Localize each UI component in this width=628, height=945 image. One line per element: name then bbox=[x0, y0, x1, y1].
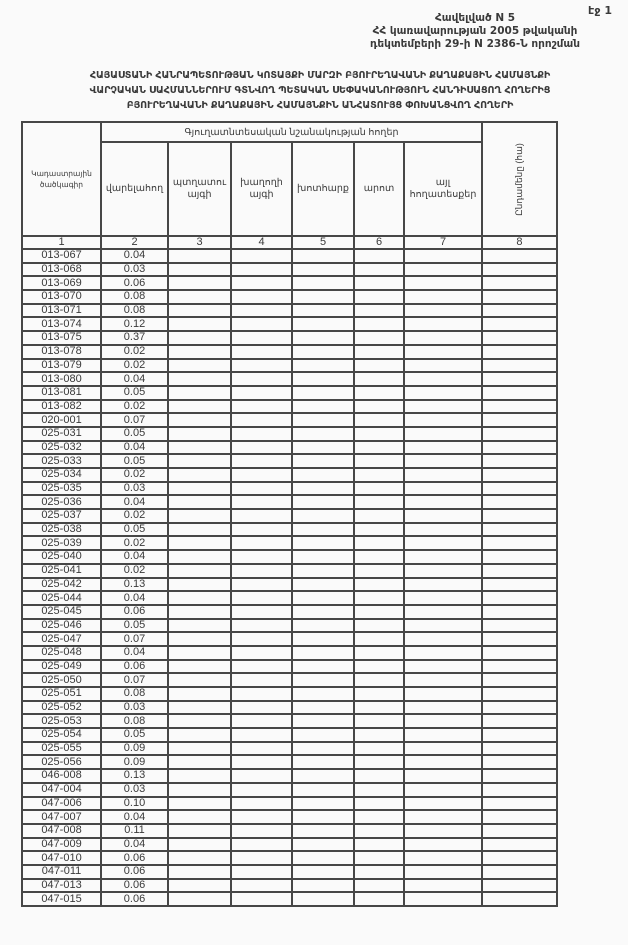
total-cell bbox=[482, 482, 557, 496]
orchard-cell bbox=[168, 413, 231, 427]
vineyard-cell bbox=[231, 359, 292, 373]
orchard-cell bbox=[168, 646, 231, 660]
arable-cell: 0.04 bbox=[101, 646, 168, 660]
other-lands-cell bbox=[404, 359, 482, 373]
arable-cell: 0.06 bbox=[101, 276, 168, 290]
other-lands-cell bbox=[404, 290, 482, 304]
orchard-cell bbox=[168, 578, 231, 592]
orchard-cell bbox=[168, 276, 231, 290]
orchard-cell bbox=[168, 304, 231, 318]
arable-cell: 0.03 bbox=[101, 263, 168, 277]
other-lands-cell bbox=[404, 769, 482, 783]
total-cell bbox=[482, 701, 557, 715]
pasture-cell bbox=[354, 509, 404, 523]
table-row: 025-0380.05 bbox=[22, 523, 557, 537]
cadastral-code-cell: 025-053 bbox=[22, 714, 101, 728]
arable-cell: 0.08 bbox=[101, 687, 168, 701]
column-number: 3 bbox=[168, 236, 231, 249]
hayfield-cell bbox=[292, 536, 354, 550]
vineyard-cell bbox=[231, 892, 292, 906]
other-lands-cell bbox=[404, 605, 482, 619]
table-row: 025-0550.09 bbox=[22, 742, 557, 756]
arable-cell: 0.02 bbox=[101, 509, 168, 523]
vineyard-cell bbox=[231, 427, 292, 441]
vineyard-cell bbox=[231, 564, 292, 578]
pasture-cell bbox=[354, 701, 404, 715]
orchard-cell bbox=[168, 345, 231, 359]
hayfield-cell bbox=[292, 345, 354, 359]
arable-cell: 0.06 bbox=[101, 879, 168, 893]
arable-cell: 0.13 bbox=[101, 769, 168, 783]
table-row: 025-0330.05 bbox=[22, 454, 557, 468]
table-row: 025-0420.13 bbox=[22, 578, 557, 592]
vineyard-cell bbox=[231, 578, 292, 592]
cadastral-code-cell: 025-035 bbox=[22, 482, 101, 496]
orchard-cell bbox=[168, 714, 231, 728]
other-lands-cell bbox=[404, 797, 482, 811]
other-lands-cell bbox=[404, 372, 482, 386]
total-cell bbox=[482, 824, 557, 838]
header-pasture: արոտ bbox=[354, 142, 404, 236]
pasture-cell bbox=[354, 454, 404, 468]
pasture-cell bbox=[354, 372, 404, 386]
other-lands-cell bbox=[404, 495, 482, 509]
table-row: 025-0400.04 bbox=[22, 550, 557, 564]
cadastral-code-cell: 025-034 bbox=[22, 468, 101, 482]
vineyard-cell bbox=[231, 742, 292, 756]
orchard-cell bbox=[168, 673, 231, 687]
table-row: 025-0340.02 bbox=[22, 468, 557, 482]
arable-cell: 0.04 bbox=[101, 550, 168, 564]
total-cell bbox=[482, 276, 557, 290]
arable-cell: 0.04 bbox=[101, 810, 168, 824]
total-cell bbox=[482, 673, 557, 687]
table-row: 020-0010.07 bbox=[22, 413, 557, 427]
other-lands-cell bbox=[404, 454, 482, 468]
orchard-cell bbox=[168, 509, 231, 523]
vineyard-cell bbox=[231, 317, 292, 331]
table-row: 047-0090.04 bbox=[22, 838, 557, 852]
vineyard-cell bbox=[231, 345, 292, 359]
arable-cell: 0.02 bbox=[101, 468, 168, 482]
cadastral-code-cell: 013-068 bbox=[22, 263, 101, 277]
arable-cell: 0.07 bbox=[101, 673, 168, 687]
cadastral-code-cell: 013-069 bbox=[22, 276, 101, 290]
hayfield-cell bbox=[292, 372, 354, 386]
hayfield-cell bbox=[292, 605, 354, 619]
table-row: 047-0130.06 bbox=[22, 879, 557, 893]
vineyard-cell bbox=[231, 468, 292, 482]
vineyard-cell bbox=[231, 769, 292, 783]
pasture-cell bbox=[354, 345, 404, 359]
vineyard-cell bbox=[231, 413, 292, 427]
other-lands-cell bbox=[404, 441, 482, 455]
total-cell bbox=[482, 523, 557, 537]
pasture-cell bbox=[354, 564, 404, 578]
orchard-cell bbox=[168, 755, 231, 769]
land-parcels-table: Կադաստրային ծածկագիր Գյուղատնտեսական նշա… bbox=[21, 121, 558, 907]
orchard-cell bbox=[168, 851, 231, 865]
table-row: 013-0690.06 bbox=[22, 276, 557, 290]
table-row: 025-0530.08 bbox=[22, 714, 557, 728]
pasture-cell bbox=[354, 824, 404, 838]
cadastral-code-cell: 013-074 bbox=[22, 317, 101, 331]
hayfield-cell bbox=[292, 482, 354, 496]
orchard-cell bbox=[168, 865, 231, 879]
table-row: 013-0800.04 bbox=[22, 372, 557, 386]
cadastral-code-cell: 025-041 bbox=[22, 564, 101, 578]
total-cell bbox=[482, 372, 557, 386]
pasture-cell bbox=[354, 276, 404, 290]
table-row: 013-0740.12 bbox=[22, 317, 557, 331]
vineyard-cell bbox=[231, 441, 292, 455]
arable-cell: 0.09 bbox=[101, 742, 168, 756]
arable-cell: 0.04 bbox=[101, 372, 168, 386]
other-lands-cell bbox=[404, 865, 482, 879]
table-row: 013-0680.03 bbox=[22, 263, 557, 277]
arable-cell: 0.02 bbox=[101, 359, 168, 373]
cadastral-code-cell: 025-036 bbox=[22, 495, 101, 509]
vineyard-cell bbox=[231, 646, 292, 660]
cadastral-code-cell: 025-045 bbox=[22, 605, 101, 619]
column-number: 2 bbox=[101, 236, 168, 249]
header-total: Ընդամենը (հա) bbox=[482, 122, 557, 236]
arable-cell: 0.10 bbox=[101, 797, 168, 811]
orchard-cell bbox=[168, 632, 231, 646]
pasture-cell bbox=[354, 249, 404, 263]
pasture-cell bbox=[354, 536, 404, 550]
total-cell bbox=[482, 728, 557, 742]
cadastral-code-cell: 046-008 bbox=[22, 769, 101, 783]
hayfield-cell bbox=[292, 879, 354, 893]
orchard-cell bbox=[168, 564, 231, 578]
orchard-cell bbox=[168, 742, 231, 756]
table-row: 047-0110.06 bbox=[22, 865, 557, 879]
orchard-cell bbox=[168, 441, 231, 455]
total-cell bbox=[482, 359, 557, 373]
table-row: 025-0510.08 bbox=[22, 687, 557, 701]
vineyard-cell bbox=[231, 701, 292, 715]
hayfield-cell bbox=[292, 673, 354, 687]
total-cell bbox=[482, 783, 557, 797]
cadastral-code-cell: 025-031 bbox=[22, 427, 101, 441]
total-cell bbox=[482, 851, 557, 865]
title-line: ԲՅՈՒՐԵՂԱՎԱՆԻ ՔԱՂԱՔԱՅԻՆ ՀԱՄԱՅՆՔԻՆ ԱՆՀԱՏՈՒ… bbox=[30, 98, 610, 113]
pasture-cell bbox=[354, 400, 404, 414]
hayfield-cell bbox=[292, 290, 354, 304]
other-lands-cell bbox=[404, 714, 482, 728]
total-cell bbox=[482, 755, 557, 769]
total-cell bbox=[482, 591, 557, 605]
pasture-cell bbox=[354, 687, 404, 701]
table-row: 047-0060.10 bbox=[22, 797, 557, 811]
other-lands-cell bbox=[404, 783, 482, 797]
cadastral-code-cell: 047-008 bbox=[22, 824, 101, 838]
vineyard-cell bbox=[231, 810, 292, 824]
orchard-cell bbox=[168, 783, 231, 797]
pasture-cell bbox=[354, 578, 404, 592]
vineyard-cell bbox=[231, 276, 292, 290]
hayfield-cell bbox=[292, 824, 354, 838]
other-lands-cell bbox=[404, 427, 482, 441]
vineyard-cell bbox=[231, 632, 292, 646]
arable-cell: 0.08 bbox=[101, 304, 168, 318]
total-cell bbox=[482, 249, 557, 263]
arable-cell: 0.03 bbox=[101, 482, 168, 496]
hayfield-cell bbox=[292, 591, 354, 605]
pasture-cell bbox=[354, 632, 404, 646]
pasture-cell bbox=[354, 468, 404, 482]
table-row: 025-0490.06 bbox=[22, 660, 557, 674]
vineyard-cell bbox=[231, 591, 292, 605]
cadastral-code-cell: 025-051 bbox=[22, 687, 101, 701]
other-lands-cell bbox=[404, 249, 482, 263]
cadastral-code-cell: 013-082 bbox=[22, 400, 101, 414]
other-lands-cell bbox=[404, 687, 482, 701]
total-cell bbox=[482, 345, 557, 359]
arable-cell: 0.02 bbox=[101, 400, 168, 414]
total-cell bbox=[482, 660, 557, 674]
hayfield-cell bbox=[292, 386, 354, 400]
cadastral-code-cell: 047-009 bbox=[22, 838, 101, 852]
cadastral-code-cell: 025-039 bbox=[22, 536, 101, 550]
cadastral-code-cell: 025-049 bbox=[22, 660, 101, 674]
orchard-cell bbox=[168, 427, 231, 441]
cadastral-code-cell: 013-067 bbox=[22, 249, 101, 263]
header-hayfield: խոտհարք bbox=[292, 142, 354, 236]
table-row: 013-0710.08 bbox=[22, 304, 557, 318]
pasture-cell bbox=[354, 331, 404, 345]
vineyard-cell bbox=[231, 372, 292, 386]
orchard-cell bbox=[168, 317, 231, 331]
hayfield-cell bbox=[292, 769, 354, 783]
pasture-cell bbox=[354, 769, 404, 783]
hayfield-cell bbox=[292, 550, 354, 564]
arable-cell: 0.06 bbox=[101, 605, 168, 619]
column-numbers-row: 1 2 3 4 5 6 7 8 bbox=[22, 236, 557, 249]
total-cell bbox=[482, 441, 557, 455]
orchard-cell bbox=[168, 386, 231, 400]
other-lands-cell bbox=[404, 879, 482, 893]
total-cell bbox=[482, 263, 557, 277]
cadastral-code-cell: 025-054 bbox=[22, 728, 101, 742]
vineyard-cell bbox=[231, 536, 292, 550]
total-cell bbox=[482, 454, 557, 468]
pasture-cell bbox=[354, 810, 404, 824]
pasture-cell bbox=[354, 495, 404, 509]
other-lands-cell bbox=[404, 413, 482, 427]
other-lands-cell bbox=[404, 742, 482, 756]
other-lands-cell bbox=[404, 824, 482, 838]
other-lands-cell bbox=[404, 345, 482, 359]
cadastral-code-cell: 013-070 bbox=[22, 290, 101, 304]
column-number: 7 bbox=[404, 236, 482, 249]
arable-cell: 0.06 bbox=[101, 851, 168, 865]
hayfield-cell bbox=[292, 441, 354, 455]
table-row: 025-0320.04 bbox=[22, 441, 557, 455]
pasture-cell bbox=[354, 742, 404, 756]
orchard-cell bbox=[168, 701, 231, 715]
table-row: 013-0780.02 bbox=[22, 345, 557, 359]
arable-cell: 0.05 bbox=[101, 427, 168, 441]
hayfield-cell bbox=[292, 317, 354, 331]
pasture-cell bbox=[354, 851, 404, 865]
total-cell bbox=[482, 317, 557, 331]
table-row: 025-0500.07 bbox=[22, 673, 557, 687]
other-lands-cell bbox=[404, 632, 482, 646]
title-line: ՀԱՅԱՍՏԱՆԻ ՀԱՆՐԱՊԵՏՈՒԹՅԱՆ ԿՈՏԱՅՔԻ ՄԱՐԶԻ Բ… bbox=[30, 68, 610, 83]
orchard-cell bbox=[168, 769, 231, 783]
hayfield-cell bbox=[292, 249, 354, 263]
table-row: 025-0370.02 bbox=[22, 509, 557, 523]
cadastral-code-cell: 025-052 bbox=[22, 701, 101, 715]
total-cell bbox=[482, 468, 557, 482]
table-row: 013-0750.37 bbox=[22, 331, 557, 345]
vineyard-cell bbox=[231, 304, 292, 318]
total-cell bbox=[482, 413, 557, 427]
pasture-cell bbox=[354, 728, 404, 742]
orchard-cell bbox=[168, 536, 231, 550]
total-cell bbox=[482, 879, 557, 893]
cadastral-code-cell: 047-004 bbox=[22, 783, 101, 797]
hayfield-cell bbox=[292, 797, 354, 811]
vineyard-cell bbox=[231, 263, 292, 277]
arable-cell: 0.09 bbox=[101, 755, 168, 769]
hayfield-cell bbox=[292, 632, 354, 646]
vineyard-cell bbox=[231, 824, 292, 838]
total-cell bbox=[482, 714, 557, 728]
total-cell bbox=[482, 564, 557, 578]
pasture-cell bbox=[354, 646, 404, 660]
arable-cell: 0.04 bbox=[101, 441, 168, 455]
table-row: 013-0700.08 bbox=[22, 290, 557, 304]
table-row: 025-0410.02 bbox=[22, 564, 557, 578]
title-line: ՎԱՐՉԱԿԱՆ ՍԱՀՄԱՆՆԵՐՈՒՄ ԳՏՆՎՈՂ ՊԵՏԱԿԱՆ ՍԵՓ… bbox=[30, 83, 610, 98]
table-row: 025-0350.03 bbox=[22, 482, 557, 496]
total-cell bbox=[482, 509, 557, 523]
hayfield-cell bbox=[292, 646, 354, 660]
pasture-cell bbox=[354, 892, 404, 906]
cadastral-code-cell: 025-056 bbox=[22, 755, 101, 769]
hayfield-cell bbox=[292, 276, 354, 290]
hayfield-cell bbox=[292, 742, 354, 756]
pasture-cell bbox=[354, 619, 404, 633]
orchard-cell bbox=[168, 824, 231, 838]
other-lands-cell bbox=[404, 728, 482, 742]
hayfield-cell bbox=[292, 304, 354, 318]
orchard-cell bbox=[168, 482, 231, 496]
hayfield-cell bbox=[292, 851, 354, 865]
pasture-cell bbox=[354, 523, 404, 537]
other-lands-cell bbox=[404, 523, 482, 537]
table-row: 025-0440.04 bbox=[22, 591, 557, 605]
header-other-lands: այլ հողատեսքեր bbox=[404, 142, 482, 236]
total-cell bbox=[482, 427, 557, 441]
pasture-cell bbox=[354, 591, 404, 605]
pasture-cell bbox=[354, 413, 404, 427]
cadastral-code-cell: 047-015 bbox=[22, 892, 101, 906]
total-cell bbox=[482, 687, 557, 701]
annex-line: Հավելված N 5 bbox=[360, 12, 590, 25]
hayfield-cell bbox=[292, 495, 354, 509]
cadastral-code-cell: 025-046 bbox=[22, 619, 101, 633]
total-cell bbox=[482, 769, 557, 783]
pasture-cell bbox=[354, 605, 404, 619]
orchard-cell bbox=[168, 892, 231, 906]
cadastral-code-cell: 013-071 bbox=[22, 304, 101, 318]
orchard-cell bbox=[168, 495, 231, 509]
arable-cell: 0.04 bbox=[101, 838, 168, 852]
pasture-cell bbox=[354, 838, 404, 852]
header-arable: վարելահող bbox=[101, 142, 168, 236]
vineyard-cell bbox=[231, 495, 292, 509]
pasture-cell bbox=[354, 783, 404, 797]
arable-cell: 0.06 bbox=[101, 892, 168, 906]
orchard-cell bbox=[168, 591, 231, 605]
hayfield-cell bbox=[292, 468, 354, 482]
orchard-cell bbox=[168, 687, 231, 701]
vineyard-cell bbox=[231, 865, 292, 879]
total-cell bbox=[482, 646, 557, 660]
pasture-cell bbox=[354, 879, 404, 893]
other-lands-cell bbox=[404, 276, 482, 290]
pasture-cell bbox=[354, 550, 404, 564]
total-cell bbox=[482, 742, 557, 756]
page-number: էջ 1 bbox=[588, 4, 612, 17]
arable-cell: 0.07 bbox=[101, 413, 168, 427]
table-row: 047-0100.06 bbox=[22, 851, 557, 865]
column-number: 6 bbox=[354, 236, 404, 249]
pasture-cell bbox=[354, 714, 404, 728]
orchard-cell bbox=[168, 660, 231, 674]
orchard-cell bbox=[168, 372, 231, 386]
pasture-cell bbox=[354, 660, 404, 674]
vineyard-cell bbox=[231, 660, 292, 674]
other-lands-cell bbox=[404, 892, 482, 906]
cadastral-code-cell: 025-040 bbox=[22, 550, 101, 564]
vineyard-cell bbox=[231, 509, 292, 523]
vineyard-cell bbox=[231, 783, 292, 797]
cadastral-code-cell: 025-038 bbox=[22, 523, 101, 537]
hayfield-cell bbox=[292, 714, 354, 728]
vineyard-cell bbox=[231, 400, 292, 414]
total-cell bbox=[482, 797, 557, 811]
other-lands-cell bbox=[404, 701, 482, 715]
hayfield-cell bbox=[292, 728, 354, 742]
orchard-cell bbox=[168, 454, 231, 468]
pasture-cell bbox=[354, 482, 404, 496]
orchard-cell bbox=[168, 605, 231, 619]
table-row: 046-0080.13 bbox=[22, 769, 557, 783]
table-row: 047-0150.06 bbox=[22, 892, 557, 906]
table-row: 047-0070.04 bbox=[22, 810, 557, 824]
orchard-cell bbox=[168, 400, 231, 414]
orchard-cell bbox=[168, 290, 231, 304]
arable-cell: 0.04 bbox=[101, 249, 168, 263]
hayfield-cell bbox=[292, 865, 354, 879]
cadastral-code-cell: 020-001 bbox=[22, 413, 101, 427]
vineyard-cell bbox=[231, 687, 292, 701]
hayfield-cell bbox=[292, 783, 354, 797]
pasture-cell bbox=[354, 427, 404, 441]
vineyard-cell bbox=[231, 290, 292, 304]
vineyard-cell bbox=[231, 838, 292, 852]
hayfield-cell bbox=[292, 359, 354, 373]
total-cell bbox=[482, 304, 557, 318]
table-row: 025-0540.05 bbox=[22, 728, 557, 742]
pasture-cell bbox=[354, 359, 404, 373]
cadastral-code-cell: 047-007 bbox=[22, 810, 101, 824]
